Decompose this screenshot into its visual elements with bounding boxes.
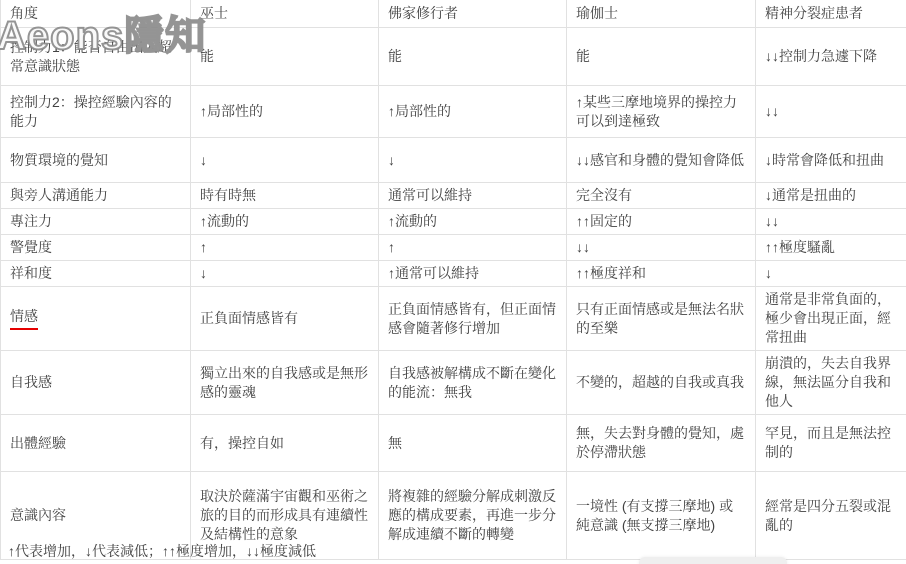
value-cell: 只有正面情感或是無法名狀的至樂 xyxy=(567,287,756,351)
value-cell: 罕見，而且是無法控制的 xyxy=(756,415,906,472)
value-cell: ↓ xyxy=(756,261,906,287)
value-cell: ↓通常是扭曲的 xyxy=(756,183,906,209)
value-cell: ↓↓感官和身體的覺知會降低 xyxy=(567,138,756,183)
value-cell: 崩潰的，失去自我界線，無法區分自我和他人 xyxy=(756,351,906,415)
row-label-cell: 情感 xyxy=(1,287,191,351)
value-cell: ↑流動的 xyxy=(379,209,567,235)
value-cell: ↓ xyxy=(191,138,379,183)
value-cell: 能 xyxy=(379,28,567,86)
column-header: 瑜伽士 xyxy=(567,0,756,28)
row-label: 自我感 xyxy=(10,374,52,390)
row-label: 與旁人溝通能力 xyxy=(10,187,108,203)
value-cell: ↓ xyxy=(379,138,567,183)
column-header: 佛家修行者 xyxy=(379,0,567,28)
table-row: 出體經驗有，操控自如無無，失去對身體的覺知，處於停滯狀態罕見，而且是無法控制的 xyxy=(1,415,906,472)
value-cell: 一境性 (有支撐三摩地) 或純意識 (無支撐三摩地) xyxy=(567,472,756,560)
value-cell: ↓時常會降低和扭曲 xyxy=(756,138,906,183)
value-cell: 有，操控自如 xyxy=(191,415,379,472)
value-cell: 自我感被解構成不斷在變化的能流：無我 xyxy=(379,351,567,415)
scrollbar-thumb[interactable] xyxy=(639,557,787,564)
header-row: 角度巫士佛家修行者瑜伽士精神分裂症患者 xyxy=(1,0,906,28)
value-cell: 完全沒有 xyxy=(567,183,756,209)
row-label-cell: 祥和度 xyxy=(1,261,191,287)
value-cell: 時有時無 xyxy=(191,183,379,209)
row-label-cell: 控制力1：能否自由出入超常意識狀態 xyxy=(1,28,191,86)
row-label: 控制力1：能否自由出入超常意識狀態 xyxy=(10,39,172,74)
row-label: 祥和度 xyxy=(10,265,52,281)
table-row: 物質環境的覺知↓↓↓↓感官和身體的覺知會降低↓時常會降低和扭曲 xyxy=(1,138,906,183)
value-cell: 通常可以維持 xyxy=(379,183,567,209)
value-cell: 無，失去對身體的覺知，處於停滯狀態 xyxy=(567,415,756,472)
value-cell: ↓↓ xyxy=(756,86,906,138)
value-cell: ↑通常可以維持 xyxy=(379,261,567,287)
table-row: 與旁人溝通能力時有時無通常可以維持完全沒有↓通常是扭曲的 xyxy=(1,183,906,209)
value-cell: ↓↓控制力急遽下降 xyxy=(756,28,906,86)
column-header: 精神分裂症患者 xyxy=(756,0,906,28)
row-label-cell: 出體經驗 xyxy=(1,415,191,472)
value-cell: ↑ xyxy=(191,235,379,261)
value-cell: 獨立出來的自我感或是無形感的靈魂 xyxy=(191,351,379,415)
value-cell: ↑↑極度祥和 xyxy=(567,261,756,287)
row-label-cell: 物質環境的覺知 xyxy=(1,138,191,183)
row-label-cell: 自我感 xyxy=(1,351,191,415)
table-body: 控制力1：能否自由出入超常意識狀態能能能↓↓控制力急遽下降控制力2：操控經驗內容… xyxy=(1,28,906,560)
value-cell: ↓↓ xyxy=(567,235,756,261)
value-cell: 通常是非常負面的，極少會出現正面，經常扭曲 xyxy=(756,287,906,351)
row-label: 意識內容 xyxy=(10,507,66,523)
row-label: 出體經驗 xyxy=(10,435,66,451)
value-cell: 正負面情感皆有，但正面情感會隨著修行增加 xyxy=(379,287,567,351)
value-cell: 將複雜的經驗分解成刺激反應的構成要素，再進一步分解成連續不斷的轉變 xyxy=(379,472,567,560)
row-label-cell: 專注力 xyxy=(1,209,191,235)
table-row: 祥和度↓↑通常可以維持↑↑極度祥和↓ xyxy=(1,261,906,287)
comparison-table-page: 角度巫士佛家修行者瑜伽士精神分裂症患者 控制力1：能否自由出入超常意識狀態能能能… xyxy=(0,0,906,562)
value-cell: ↑局部性的 xyxy=(191,86,379,138)
table-row: 控制力2：操控經驗內容的能力↑局部性的↑局部性的↑某些三摩地境界的操控力可以到達… xyxy=(1,86,906,138)
states-comparison-table: 角度巫士佛家修行者瑜伽士精神分裂症患者 控制力1：能否自由出入超常意識狀態能能能… xyxy=(0,0,906,560)
value-cell: ↑↑極度騷亂 xyxy=(756,235,906,261)
table-row: 自我感獨立出來的自我感或是無形感的靈魂自我感被解構成不斷在變化的能流：無我不變的… xyxy=(1,351,906,415)
column-header: 角度 xyxy=(1,0,191,28)
value-cell: ↑↑固定的 xyxy=(567,209,756,235)
value-cell: 經常是四分五裂或混亂的 xyxy=(756,472,906,560)
table-row: 專注力↑流動的↑流動的↑↑固定的↓↓ xyxy=(1,209,906,235)
column-header: 巫士 xyxy=(191,0,379,28)
row-label: 情感 xyxy=(10,307,38,330)
value-cell: ↑某些三摩地境界的操控力可以到達極致 xyxy=(567,86,756,138)
value-cell: ↑ xyxy=(379,235,567,261)
row-label: 控制力2：操控經驗內容的能力 xyxy=(10,94,172,129)
row-label-cell: 與旁人溝通能力 xyxy=(1,183,191,209)
table-row: 控制力1：能否自由出入超常意識狀態能能能↓↓控制力急遽下降 xyxy=(1,28,906,86)
value-cell: 不變的，超越的自我或真我 xyxy=(567,351,756,415)
row-label-cell: 控制力2：操控經驗內容的能力 xyxy=(1,86,191,138)
value-cell: 正負面情感皆有 xyxy=(191,287,379,351)
value-cell: 能 xyxy=(191,28,379,86)
legend-footnote: ↑代表增加，↓代表減低；↑↑極度增加，↓↓極度減低 xyxy=(8,541,316,561)
value-cell: ↓ xyxy=(191,261,379,287)
table-row: 情感正負面情感皆有正負面情感皆有，但正面情感會隨著修行增加只有正面情感或是無法名… xyxy=(1,287,906,351)
row-label: 物質環境的覺知 xyxy=(10,152,108,168)
value-cell: 無 xyxy=(379,415,567,472)
row-label: 專注力 xyxy=(10,213,52,229)
value-cell: ↑流動的 xyxy=(191,209,379,235)
value-cell: ↓↓ xyxy=(756,209,906,235)
row-label: 警覺度 xyxy=(10,239,52,255)
value-cell: 能 xyxy=(567,28,756,86)
value-cell: ↑局部性的 xyxy=(379,86,567,138)
table-row: 警覺度↑↑↓↓↑↑極度騷亂 xyxy=(1,235,906,261)
row-label-cell: 警覺度 xyxy=(1,235,191,261)
